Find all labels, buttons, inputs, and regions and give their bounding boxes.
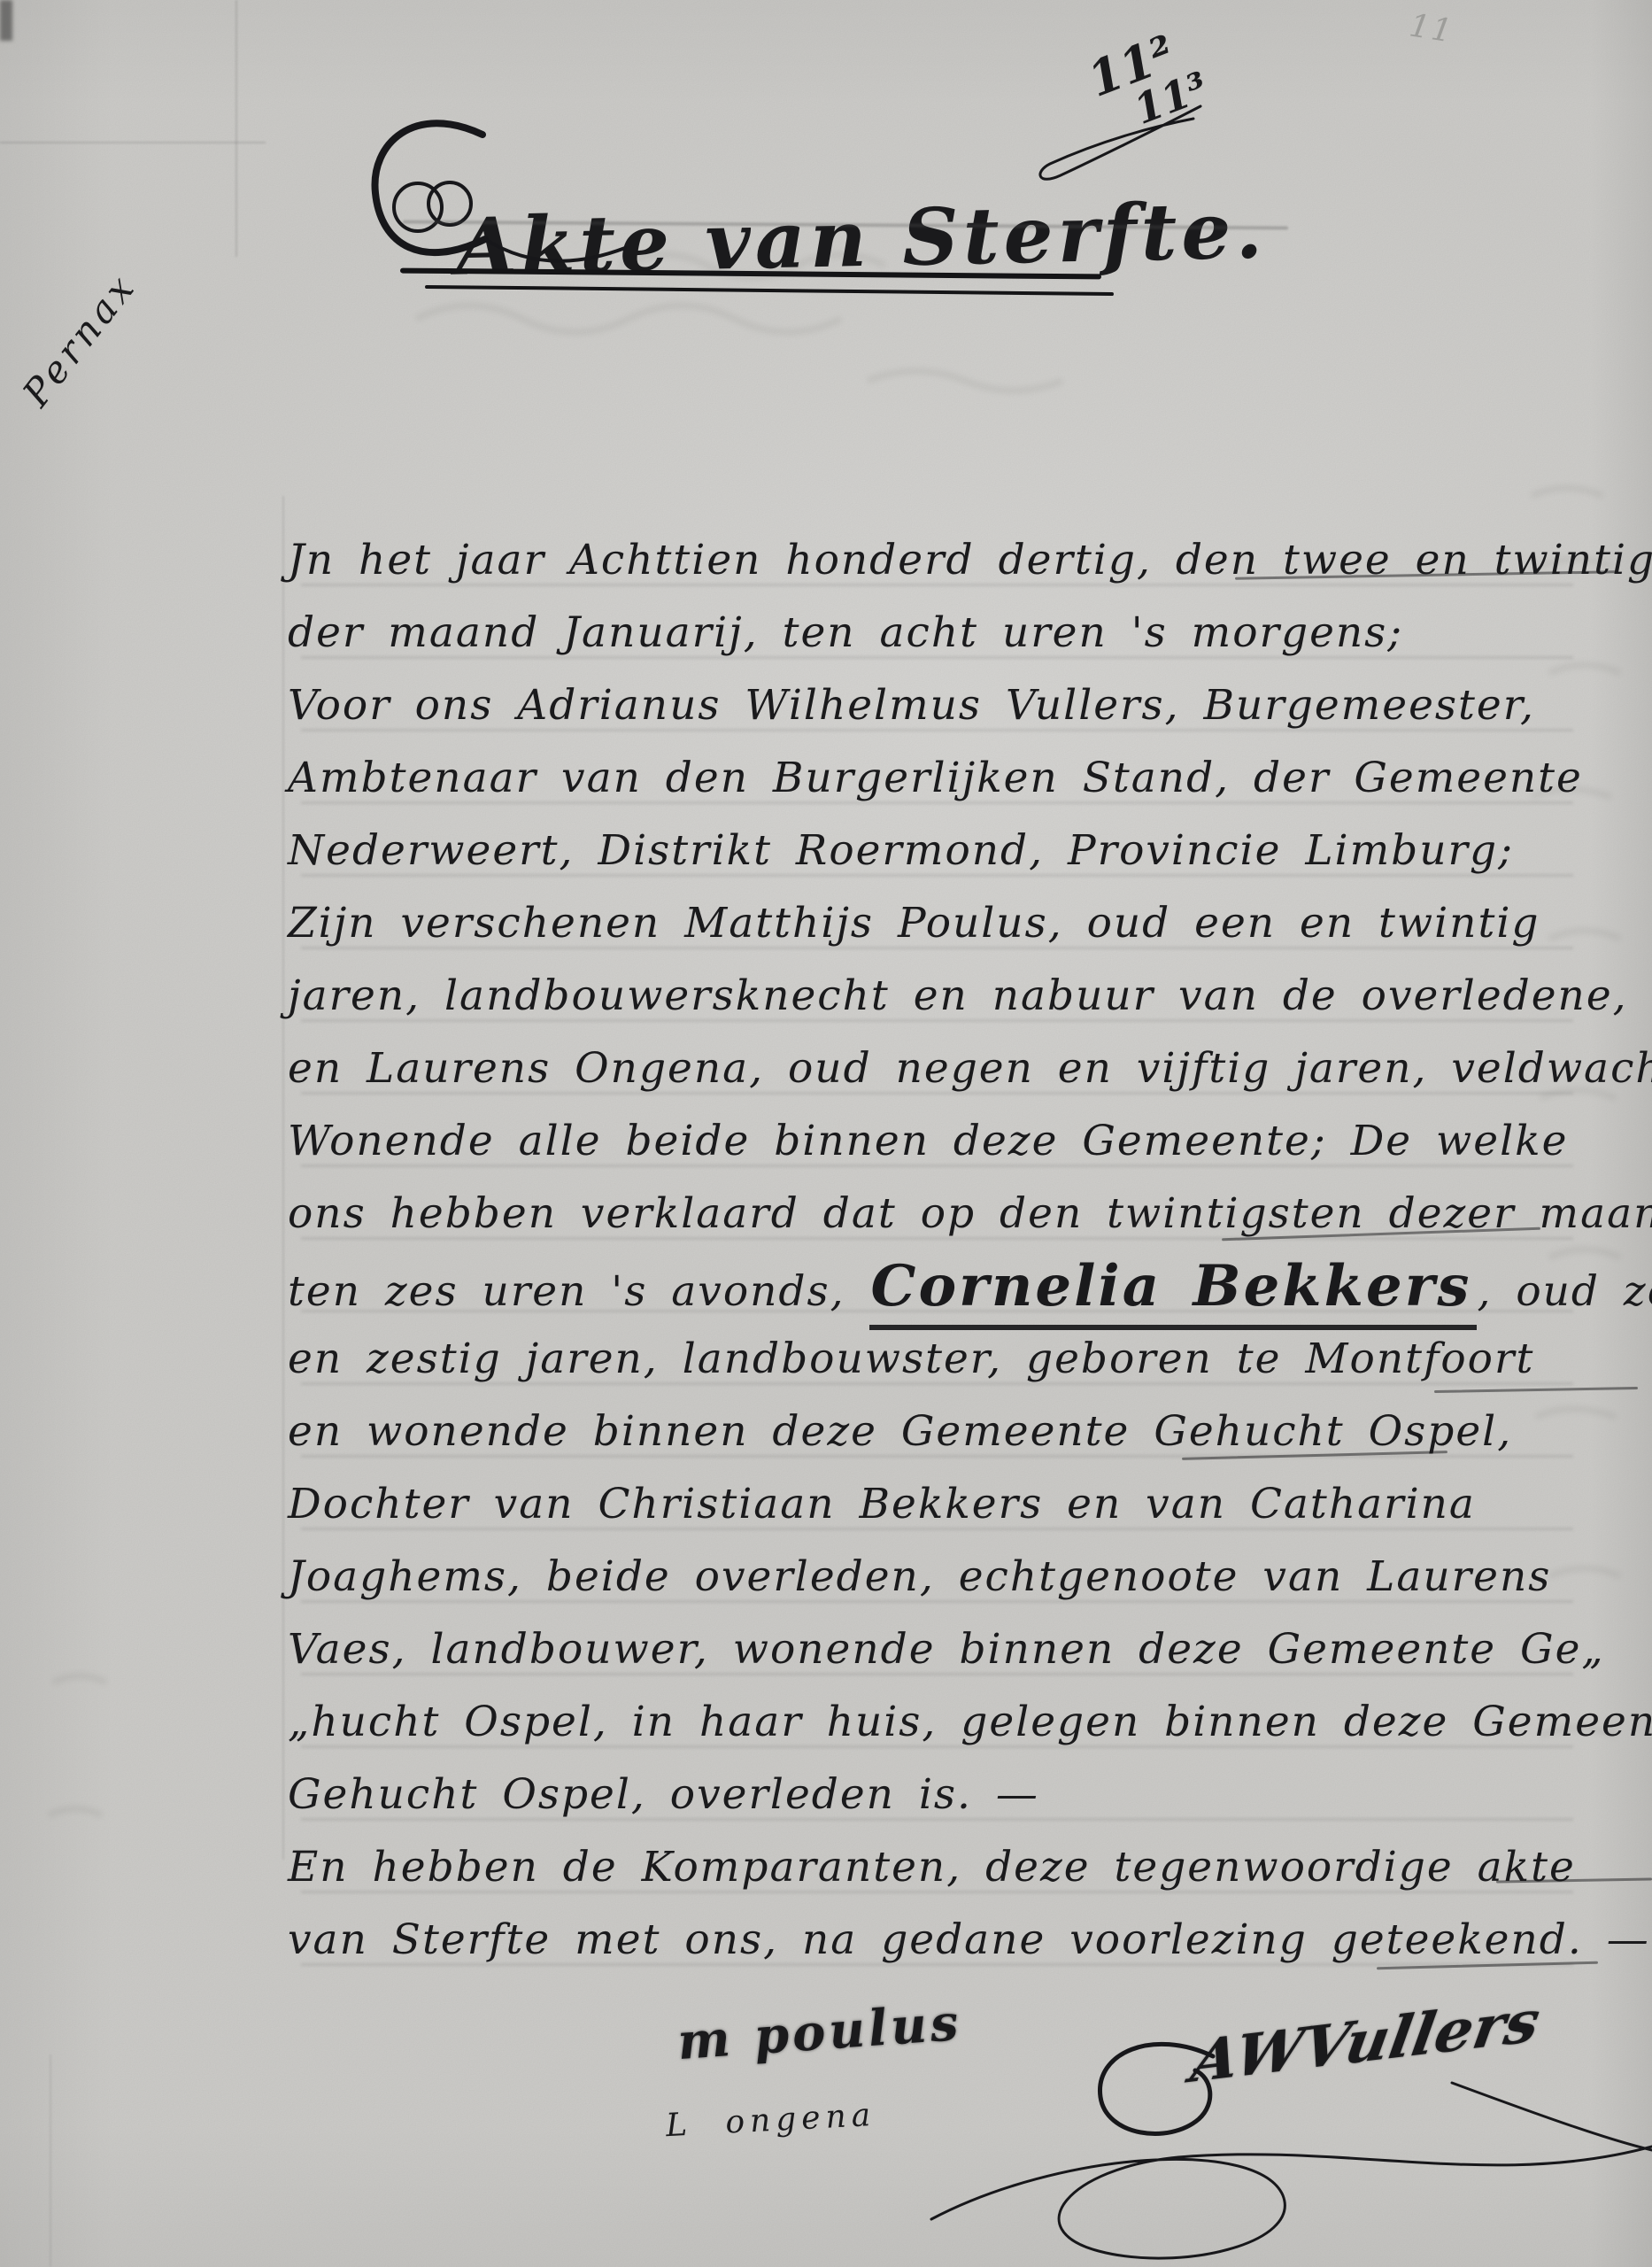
handwritten-line: en Laurens Ongena, oud negen en vijftig … (288, 1033, 1652, 1105)
handwritten-line: ons hebben verklaard dat op den twintigs… (288, 1178, 1652, 1250)
signature-witness-poulus: m poulus (675, 1993, 963, 2071)
line-segment: en wonende binnen deze Gemeente Gehucht … (288, 1407, 1512, 1456)
document-body: Jn het jaar Achttien honderd dertig, den… (288, 524, 1652, 1977)
handwritten-line: Vaes, landbouwer, wonende binnen deze Ge… (288, 1613, 1652, 1686)
handwritten-line: Ambtenaar van den Burgerlijken Stand, de… (288, 742, 1652, 815)
margin-annotation: Pernax (14, 264, 145, 414)
line-segment: Gehucht Ospel, overleden is. — (288, 1770, 1039, 1819)
handwritten-line: der maand Januarij, ten acht uren 's mor… (288, 597, 1652, 669)
line-segment: jaren, landbouwersknecht en nabuur van d… (288, 971, 1628, 1020)
handwritten-line: en zestig jaren, landbouwster, geboren t… (288, 1323, 1652, 1396)
handwritten-line: Nederweert, Distrikt Roermond, Provincie… (288, 815, 1652, 887)
line-segment: Zijn verschenen Matthijs Poulus, oud een… (288, 899, 1540, 948)
handwritten-line: ten zes uren 's avonds, Cornelia Bekkers… (288, 1250, 1652, 1323)
line-segment: En hebben de Komparanten, deze tegenwoor… (288, 1843, 1576, 1892)
signature-witness-ongena: L ongena (665, 2097, 876, 2144)
handwritten-line: Wonende alle beide binnen deze Gemeente;… (288, 1105, 1652, 1178)
line-segment: Vaes, landbouwer, wonende binnen deze Ge… (288, 1625, 1605, 1674)
line-segment: van Sterfte met ons, na gedane voorlezin… (288, 1915, 1650, 1964)
line-segment: Dochter van Christiaan Bekkers en van Ca… (288, 1480, 1476, 1528)
line-segment: Ambtenaar van den Burgerlijken Stand, de… (288, 754, 1583, 802)
handwritten-line: Gehucht Ospel, overleden is. — (288, 1759, 1652, 1831)
handwritten-line: Jn het jaar Achttien honderd dertig, den… (288, 524, 1652, 597)
line-segment: der maand Januarij, ten acht uren 's mor… (288, 608, 1403, 657)
line-segment: „hucht Ospel, in haar huis, gelegen binn… (288, 1698, 1652, 1746)
handwritten-line: En hebben de Komparanten, deze tegenwoor… (288, 1831, 1652, 1904)
line-segment: Voor ons Adrianus Wilhelmus Vullers, Bur… (288, 681, 1535, 730)
paper-crease (235, 0, 237, 257)
handwritten-line: en wonende binnen deze Gemeente Gehucht … (288, 1396, 1652, 1468)
line-segment: ten zes uren 's avonds, (288, 1267, 869, 1316)
handwritten-line: „hucht Ospel, in haar huis, gelegen binn… (288, 1686, 1652, 1759)
handwritten-line: jaren, landbouwersknecht en nabuur van d… (288, 960, 1652, 1033)
line-segment: Joaghems, beide overleden, echtgenoote v… (288, 1552, 1551, 1601)
signature-official-vullers: AWVullers (1186, 1986, 1544, 2096)
margin-rule-line (282, 496, 284, 1860)
scan-edge-mark (0, 0, 12, 41)
paper-crease (0, 142, 266, 143)
registration-mark: 11² 11³ (1082, 21, 1213, 142)
paper-crease (50, 2054, 51, 2267)
page-number: 11 (1407, 7, 1456, 50)
line-segment: Wonende alle beide binnen deze Gemeente;… (288, 1117, 1568, 1165)
line-segment: Nederweert, Distrikt Roermond, Provincie… (288, 826, 1514, 875)
line-segment: Jn het jaar Achttien honderd dertig, den… (288, 536, 1652, 584)
deceased-name: Cornelia Bekkers (869, 1253, 1478, 1330)
handwritten-line: Joaghems, beide overleden, echtgenoote v… (288, 1541, 1652, 1613)
line-segment: en zestig jaren, landbouwster, geboren t… (288, 1335, 1534, 1383)
line-segment: en Laurens Ongena, oud negen en vijftig … (288, 1044, 1652, 1093)
handwritten-line: Dochter van Christiaan Bekkers en van Ca… (288, 1468, 1652, 1541)
line-segment: , oud zeven (1477, 1267, 1652, 1316)
scanned-death-record: { "colors": { "paper": "#d4d3d0", "ink":… (0, 0, 1652, 2267)
handwritten-line: Zijn verschenen Matthijs Poulus, oud een… (288, 887, 1652, 960)
handwritten-line: Voor ons Adrianus Wilhelmus Vullers, Bur… (288, 669, 1652, 742)
